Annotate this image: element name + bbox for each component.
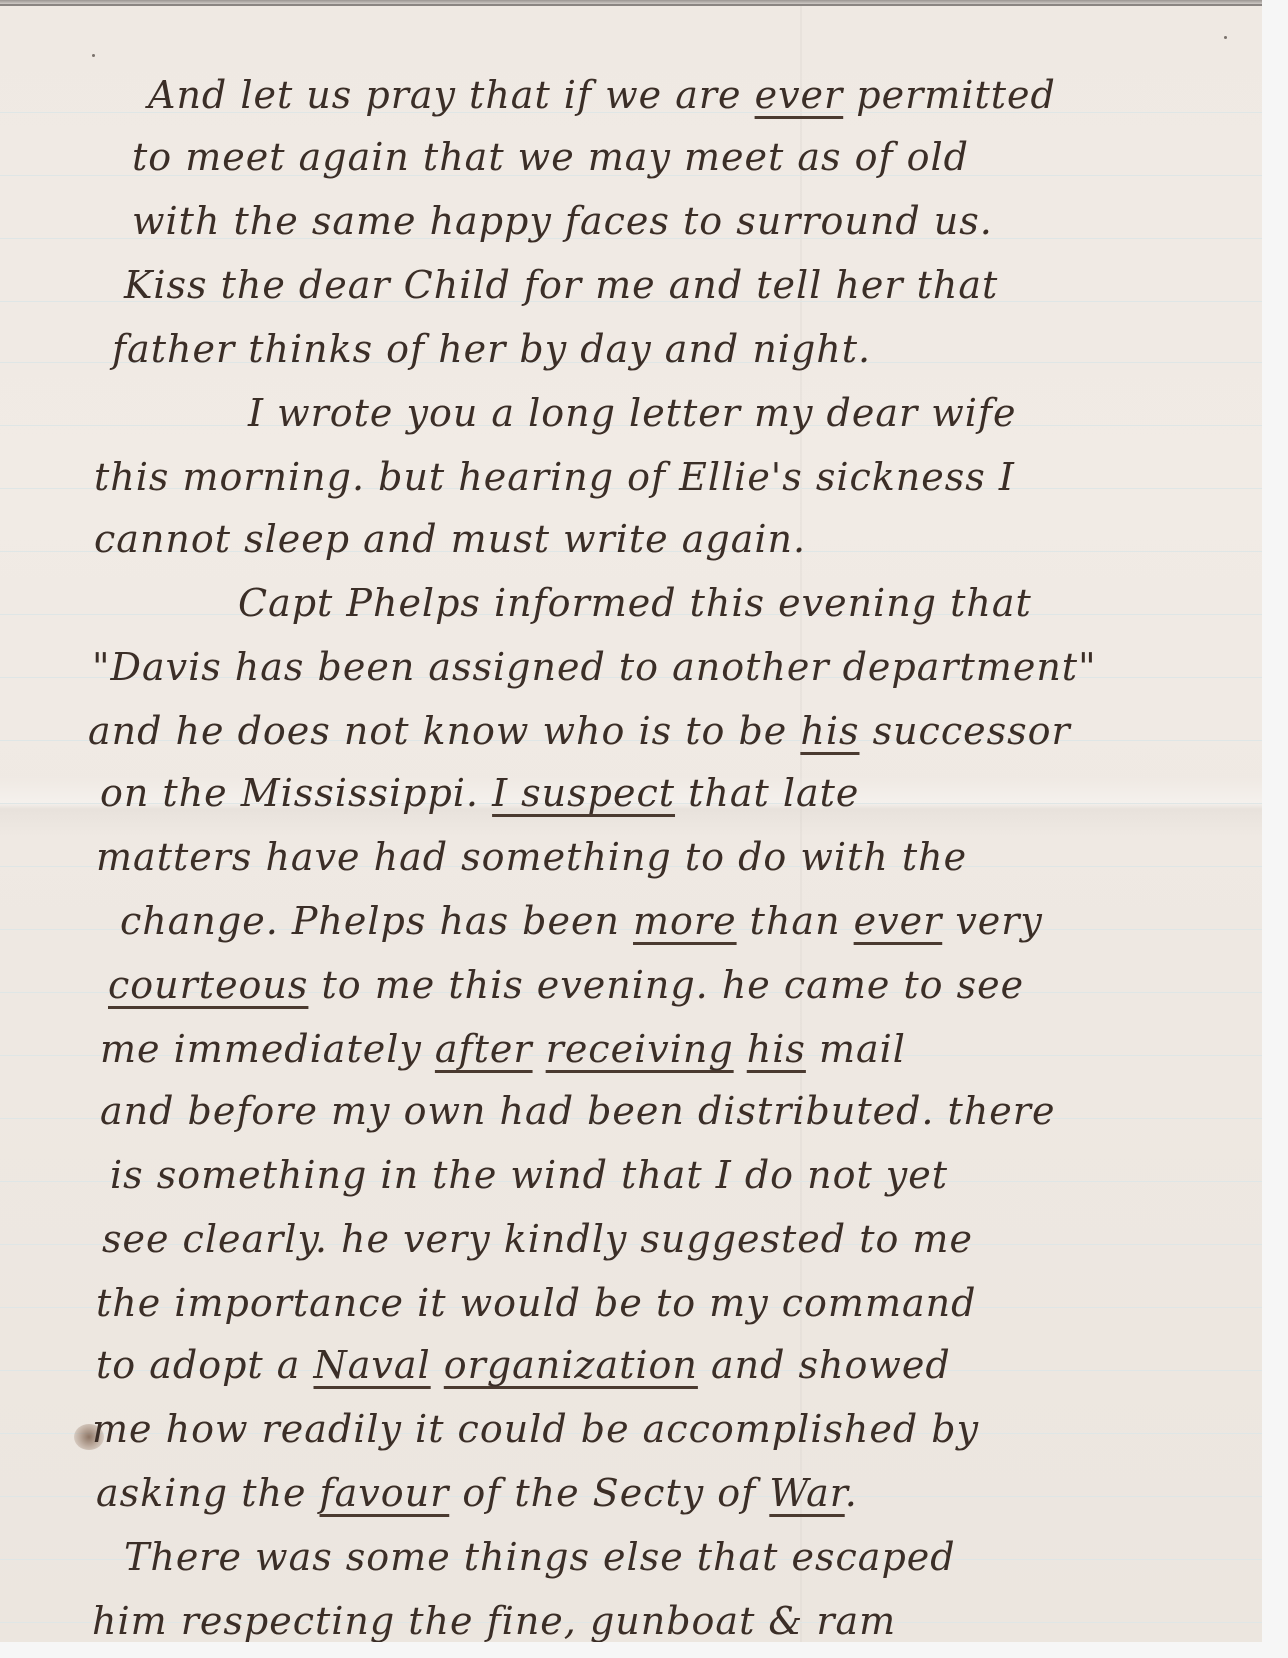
letter-line-21: to adopt a Naval organization and showed	[96, 1346, 951, 1384]
letter-page: And let us pray that if we are ever perm…	[0, 4, 1262, 1646]
paper-speck	[92, 54, 95, 57]
letter-line-13: matters have had something to do with th…	[96, 838, 967, 876]
scan-margin-bottom	[0, 1642, 1288, 1658]
letter-line-25: him respecting the fine, gunboat & ram	[92, 1602, 896, 1640]
letter-line-4: Kiss the dear Child for me and tell her …	[124, 266, 998, 304]
letter-line-16: me immediately after receiving his mail	[100, 1030, 906, 1068]
letter-line-11: and he does not know who is to be his su…	[88, 712, 1071, 750]
letter-line-7: this morning. but hearing of Ellie's sic…	[94, 458, 1015, 496]
letter-line-18: is something in the wind that I do not y…	[110, 1156, 948, 1194]
letter-line-12: on the Mississippi. I suspect that late	[100, 774, 859, 812]
paper-speck	[1224, 36, 1227, 39]
letter-line-3: with the same happy faces to surround us…	[132, 202, 993, 240]
letter-line-6: I wrote you a long letter my dear wife	[248, 394, 1016, 432]
letter-line-10: "Davis has been assigned to another depa…	[92, 648, 1097, 686]
scan-margin-right	[1262, 0, 1288, 1658]
letter-line-14: change. Phelps has been more than ever v…	[120, 902, 1043, 940]
letter-line-23: asking the favour of the Secty of War.	[96, 1474, 858, 1512]
letter-line-24: There was some things else that escaped	[124, 1538, 956, 1576]
letter-line-9: Capt Phelps informed this evening that	[238, 584, 1032, 622]
letter-line-8: cannot sleep and must write again.	[94, 520, 806, 558]
letter-line-20: the importance it would be to my command	[96, 1284, 976, 1322]
letter-line-2: to meet again that we may meet as of old	[132, 138, 969, 176]
letter-line-15: courteous to me this evening. he came to…	[108, 966, 1024, 1004]
letter-line-22: me how readily it could be accomplished …	[92, 1410, 979, 1448]
letter-line-5: father thinks of her by day and night.	[112, 330, 871, 368]
letter-line-19: see clearly. he very kindly suggested to…	[102, 1220, 973, 1258]
letter-line-17: and before my own had been distributed. …	[100, 1092, 1055, 1130]
letter-line-1: And let us pray that if we are ever perm…	[148, 76, 1056, 114]
